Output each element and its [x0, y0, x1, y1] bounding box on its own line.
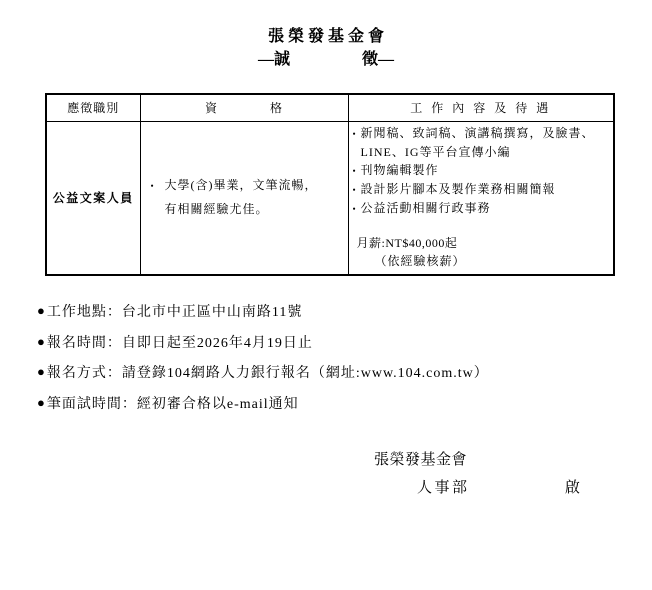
- footer-department: 人事部: [417, 480, 470, 497]
- duty-line: • 公益活動相關行政事務: [353, 199, 610, 218]
- table-row: 公益文案人員 • 大學(含)畢業，文筆流暢， 有相關經驗尤佳。 • 新聞稿、致詞…: [46, 121, 614, 275]
- footer-organization: 張榮發基金會: [374, 452, 467, 469]
- table-header-row: 應徵職別 資 格 工 作 內 容 及 待 遇: [46, 94, 614, 121]
- column-header-qualification: 資 格: [140, 94, 348, 121]
- bullet-icon: •: [353, 162, 361, 180]
- qualification-text: 大學(含)畢業，文筆流暢，: [165, 174, 318, 197]
- duty-line: LINE、IG等平台宣傳小編: [361, 143, 610, 161]
- duty-text: 刊物編輯製作: [361, 161, 439, 179]
- bullet-icon: ●: [37, 334, 46, 350]
- cell-qualification: • 大學(含)畢業，文筆流暢， 有相關經驗尤佳。: [140, 121, 348, 275]
- duty-text: 公益活動相關行政事務: [361, 199, 491, 217]
- info-text: 報名時間：自即日起至2026年4月19日止: [47, 332, 313, 352]
- salary-note: （依經驗核薪）: [375, 252, 610, 270]
- qualification-line: • 大學(含)畢業，文筆流暢，: [151, 174, 342, 198]
- qualification-line: 有相關經驗尤佳。: [165, 198, 342, 221]
- bullet-icon: •: [353, 125, 361, 143]
- subtitle-right: 徵—: [362, 50, 394, 70]
- list-item-exam-time: ● 筆面試時間：經初審合格以e-mail通知: [37, 388, 627, 419]
- bullet-icon: ●: [37, 303, 46, 319]
- duty-text: 設計影片腳本及製作業務相關簡報: [361, 180, 556, 198]
- cell-position: 公益文案人員: [46, 121, 140, 275]
- salary-text: 月薪:NT$40,000起: [357, 234, 610, 252]
- qualification-text: 有相關經驗尤佳。: [165, 198, 269, 221]
- page-title: 張榮發基金會: [0, 27, 652, 47]
- footer-sign-character: 啟: [565, 480, 580, 497]
- duty-line: • 新聞稿、致詞稿、演講稿撰寫，及臉書、: [353, 124, 610, 143]
- bullet-icon: •: [353, 181, 361, 199]
- duty-line: • 設計影片腳本及製作業務相關簡報: [353, 180, 610, 199]
- list-item-work-location: ● 工作地點：台北市中正區中山南路11號: [37, 296, 627, 327]
- bullet-icon: •: [151, 175, 165, 198]
- info-text: 筆面試時間：經初審合格以e-mail通知: [47, 393, 299, 413]
- column-header-position: 應徵職別: [46, 94, 140, 121]
- document-page: 張榮發基金會 —誠 徵— 應徵職別 資 格 工 作 內 容 及 待 遇 公益文案…: [0, 0, 652, 590]
- duty-text: 新聞稿、致詞稿、演講稿撰寫，及臉書、: [361, 124, 595, 142]
- page-subtitle: —誠 徵—: [0, 50, 652, 70]
- bullet-icon: ●: [37, 395, 46, 411]
- info-list: ● 工作地點：台北市中正區中山南路11號 ● 報名時間：自即日起至2026年4月…: [37, 296, 627, 418]
- title-block: 張榮發基金會 —誠 徵—: [0, 27, 652, 70]
- column-header-duties: 工 作 內 容 及 待 遇: [348, 94, 614, 121]
- duty-text: LINE、IG等平台宣傳小編: [361, 143, 511, 161]
- info-text: 工作地點：台北市中正區中山南路11號: [47, 301, 302, 321]
- subtitle-left: —誠: [258, 50, 290, 70]
- bullet-icon: •: [353, 200, 361, 218]
- list-item-registration-period: ● 報名時間：自即日起至2026年4月19日止: [37, 327, 627, 358]
- cell-duties: • 新聞稿、致詞稿、演講稿撰寫，及臉書、 LINE、IG等平台宣傳小編 • 刊物…: [348, 121, 614, 275]
- info-text: 報名方式：請登錄104網路人力銀行報名（網址:www.104.com.tw）: [47, 362, 489, 382]
- bullet-icon: ●: [37, 364, 46, 380]
- duty-line: • 刊物編輯製作: [353, 161, 610, 180]
- job-table: 應徵職別 資 格 工 作 內 容 及 待 遇 公益文案人員 • 大學(含)畢業，…: [45, 93, 615, 276]
- list-item-registration-method: ● 報名方式：請登錄104網路人力銀行報名（網址:www.104.com.tw）: [37, 357, 627, 388]
